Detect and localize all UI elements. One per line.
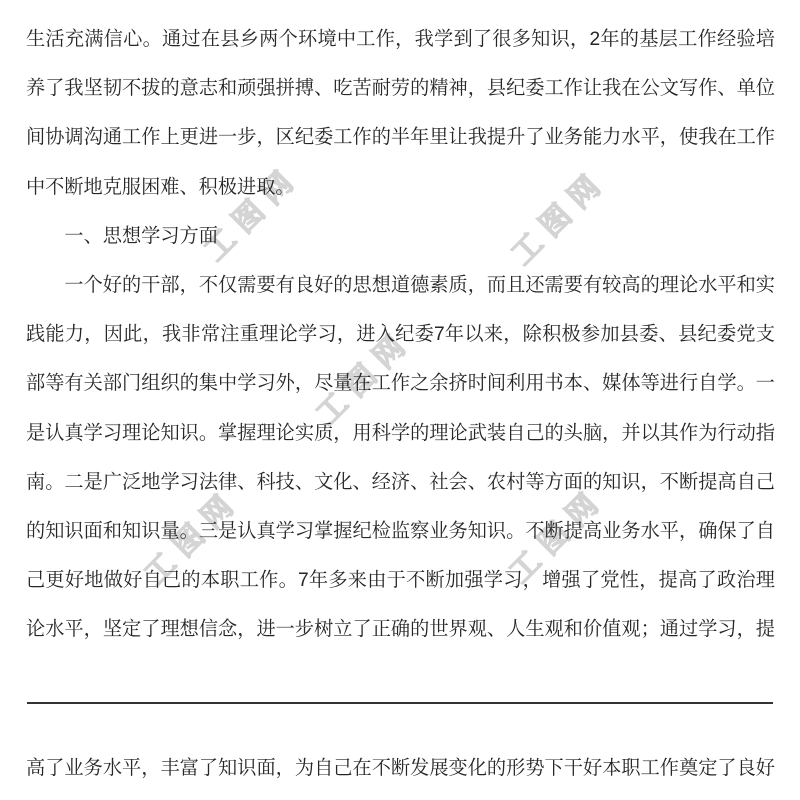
page-1-text: 生活充满信心。通过在县乡两个环境中工作，我学到了很多知识，2年的基层工作经验培 …: [26, 15, 775, 654]
document-line: 的知识面和知识量。三是认真学习掌握纪检监察业务知识。不断提高业务水平，确保了自: [26, 507, 775, 556]
document-line: 一个好的干部，不仅需要有良好的思想道德素质，而且还需要有较高的理论水平和实: [26, 261, 775, 310]
document-line: 践能力，因此，我非常注重理论学习，进入纪委7年以来，除积极参加县委、县纪委党支: [26, 310, 775, 359]
document-line: 论水平，坚定了理想信念，进一步树立了正确的世界观、人生观和价值观；通过学习，提: [26, 605, 775, 654]
document-line: 间协调沟通工作上更进一步，区纪委工作的半年里让我提升了业务能力水平，使我在工作: [26, 113, 775, 162]
section-heading: 一、思想学习方面: [26, 212, 775, 261]
page-2-text: 高了业务水平，丰富了知识面，为自己在不断发展变化的形势下干好本职工作奠定了良好: [26, 744, 775, 793]
document-line: 己更好地做好自己的本职工作。7年多来由于不断加强学习，增强了党性，提高了政治理: [26, 556, 775, 605]
document-line: 高了业务水平，丰富了知识面，为自己在不断发展变化的形势下干好本职工作奠定了良好: [26, 744, 775, 793]
document-canvas: { "watermark": { "text": "工图网", "color":…: [0, 0, 800, 800]
document-line: 是认真学习理论知识。掌握理论实质，用科学的理论武装自己的头脑，并以其作为行动指: [26, 409, 775, 458]
document-line: 生活充满信心。通过在县乡两个环境中工作，我学到了很多知识，2年的基层工作经验培: [26, 15, 775, 64]
page-divider: [27, 702, 773, 704]
document-line: 中不断地克服困难、积极进取。: [26, 163, 775, 212]
document-line: 养了我坚韧不拔的意志和顽强拼搏、吃苦耐劳的精神，县纪委工作让我在公文写作、单位: [26, 64, 775, 113]
document-line: 南。二是广泛地学习法律、科技、文化、经济、社会、农村等方面的知识，不断提高自己: [26, 458, 775, 507]
document-line: 部等有关部门组织的集中学习外，尽量在工作之余挤时间利用书本、媒体等进行自学。一: [26, 359, 775, 408]
